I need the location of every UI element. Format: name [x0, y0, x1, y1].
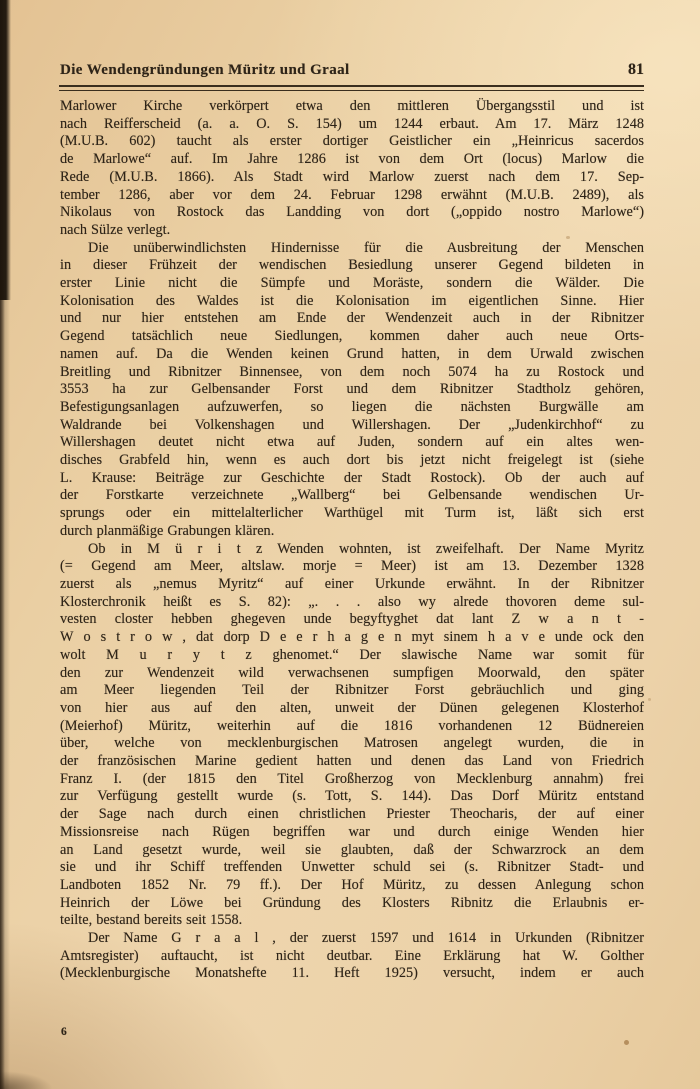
paragraph: Ob in M ü r i t z Wenden wohnten, ist zw… [60, 541, 644, 930]
text-line: der Sage nach durch einen christlichen P… [60, 806, 644, 824]
text-line: zur Verfügung gestellt wurde (s. Tott, S… [60, 788, 644, 806]
text-line: Der Name G r a a l , der zuerst 1597 und… [60, 930, 644, 948]
text-line: 3553 ha zur Gelbensander Forst und dem R… [60, 381, 644, 399]
text-line: erster Linie nicht die Sümpfe und Moräst… [60, 275, 644, 293]
text-line: nach Reifferscheid (a. a. O. S. 154) um … [60, 116, 644, 134]
text-line: sprungs oder ein mittelalterlicher Warth… [60, 505, 644, 523]
text-line: nach Sülze verlegt. [60, 222, 644, 240]
text-line: durch planmäßige Grabungen klären. [60, 523, 644, 541]
paper-speck [648, 698, 651, 701]
text-line: Gegend tatsächlich neue Siedlungen, komm… [60, 328, 644, 346]
text-line: Marlower Kirche verkörpert etwa den mitt… [60, 98, 644, 116]
text-line: Willershagen deutet nicht etwa auf Juden… [60, 434, 644, 452]
paragraph: Der Name G r a a l , der zuerst 1597 und… [60, 930, 644, 983]
text-line: Klosterchronik heißt es S. 82): „. . . a… [60, 594, 644, 612]
book-page-scan: Die Wendengründungen Müritz und Graal 81… [0, 0, 700, 1089]
text-line: am Meer liegenden Teil der Ribnitzer For… [60, 682, 644, 700]
text-line: Heinrich der Löwe bei Gründung des Klost… [60, 895, 644, 913]
text-line: der Forstkarte verzeichnete „Wallberg“ b… [60, 487, 644, 505]
text-line: von hier aus auf den alten, unweit der D… [60, 700, 644, 718]
text-line: W o s t r o w , dat dorp D e e r h a g e… [60, 629, 644, 647]
text-line: Waldrande bei Volkenshagen und Willersha… [60, 417, 644, 435]
text-line: Befestigungsanlagen aufzuwerfen, so lieg… [60, 399, 644, 417]
running-header-title: Die Wendengründungen Müritz und Graal [60, 62, 350, 79]
text-line: sie und ihr Schiff treffenden Unwetter s… [60, 859, 644, 877]
paper-speck [624, 1040, 629, 1045]
text-line: zuerst als „nemus Myritz“ auf einer Urku… [60, 576, 644, 594]
header-double-rule [59, 85, 644, 91]
text-line: der französischen Marine gedient hatten … [60, 753, 644, 771]
text-line: vesten closter hebben ghegeven unde begy… [60, 611, 644, 629]
text-line: Ob in M ü r i t z Wenden wohnten, ist zw… [60, 541, 644, 559]
text-line: tember 1286, aber vor dem 24. Februar 12… [60, 187, 644, 205]
text-line: (= Gegend am Meer, altslaw. morje = Meer… [60, 558, 644, 576]
text-line: namen auf. Da die Wenden keinen Grund ha… [60, 346, 644, 364]
text-line: (Meierhof) Müritz, weiterhin auf die 181… [60, 718, 644, 736]
text-line: wolt M u r y t z ghenomet.“ Der slawisch… [60, 647, 644, 665]
scan-edge-left-dark [0, 0, 11, 300]
paragraph: Marlower Kirche verkörpert etwa den mitt… [60, 98, 644, 240]
page-number: 81 [628, 61, 644, 79]
text-line: über, welche von mecklenburgischen Matro… [60, 735, 644, 753]
scan-edge-left-thin [0, 280, 5, 1089]
text-line: Kolonisation des Waldes ist die Kolonisa… [60, 293, 644, 311]
text-line: Rede (M.U.B. 1866). Als Stadt wird Marlo… [60, 169, 644, 187]
paragraph: Die unüberwindlichsten Hindernisse für d… [60, 240, 644, 541]
text-line: Die unüberwindlichsten Hindernisse für d… [60, 240, 644, 258]
text-line: Nikolaus von Rostock das Landding von do… [60, 204, 644, 222]
text-line: (M.U.B. 602) taucht als erster dortiger … [60, 133, 644, 151]
text-line: in dieser Frühzeit der wendischen Besied… [60, 257, 644, 275]
text-line: Franz I. (der 1815 den Titel Großherzog … [60, 771, 644, 789]
text-line: Breitling und Ribnitzer Binnensee, von d… [60, 364, 644, 382]
text-line: de Marlowe“ auf. Im Jahre 1286 ist von d… [60, 151, 644, 169]
running-header: Die Wendengründungen Müritz und Graal 81 [60, 61, 644, 79]
text-line: den zur Wendenzeit wild verwachsenen sum… [60, 665, 644, 683]
text-line: Landboten 1852 Nr. 79 ff.). Der Hof Müri… [60, 877, 644, 895]
signature-mark: 6 [61, 1026, 67, 1038]
text-line: Amtsregister) auftaucht, ist nicht deutb… [60, 948, 644, 966]
text-line: an Land gesetzt wurde, weil sie glaubten… [60, 842, 644, 860]
body-text: Marlower Kirche verkörpert etwa den mitt… [60, 98, 644, 983]
text-line: teilte, bestand bereits seit 1558. [60, 912, 644, 930]
text-line: (Mecklenburgische Monatshefte 11. Heft 1… [60, 965, 644, 983]
text-line: disches Grabfeld hin, wenn es auch dort … [60, 452, 644, 470]
text-line: Missionsreise nach Rügen begriffen war u… [60, 824, 644, 842]
scan-shadow-bottom-left [0, 1063, 70, 1089]
text-line: L. Krause: Beiträge zur Geschichte der S… [60, 470, 644, 488]
text-line: und nur hier entstehen am Ende der Wende… [60, 310, 644, 328]
